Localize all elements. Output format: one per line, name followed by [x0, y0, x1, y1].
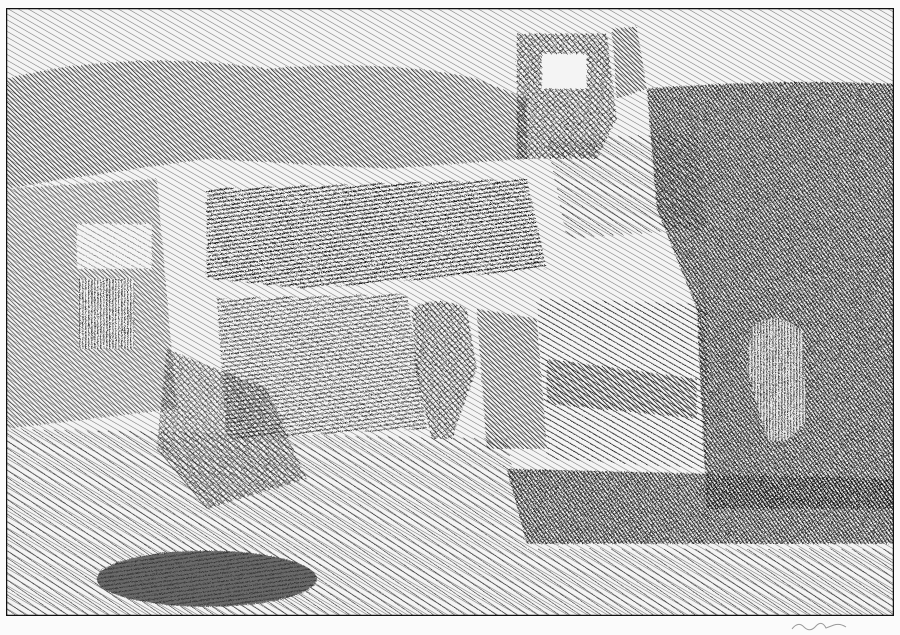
- tree-shadow: [476, 308, 546, 448]
- etching-sheet: Abstract cross-hatched landscape with ar…: [0, 0, 900, 635]
- tower-window: [541, 53, 586, 88]
- etching-plate: [6, 8, 894, 616]
- pencil-signature: [790, 617, 850, 633]
- central-plateau: [206, 178, 546, 288]
- lower-dark-slab: [506, 468, 894, 543]
- right-upper-steps: [546, 133, 706, 238]
